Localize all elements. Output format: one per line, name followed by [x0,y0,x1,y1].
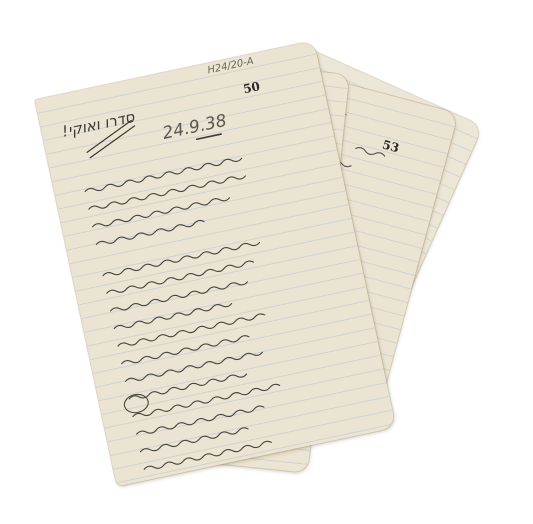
photo-stage: 55 53 [0,0,533,524]
